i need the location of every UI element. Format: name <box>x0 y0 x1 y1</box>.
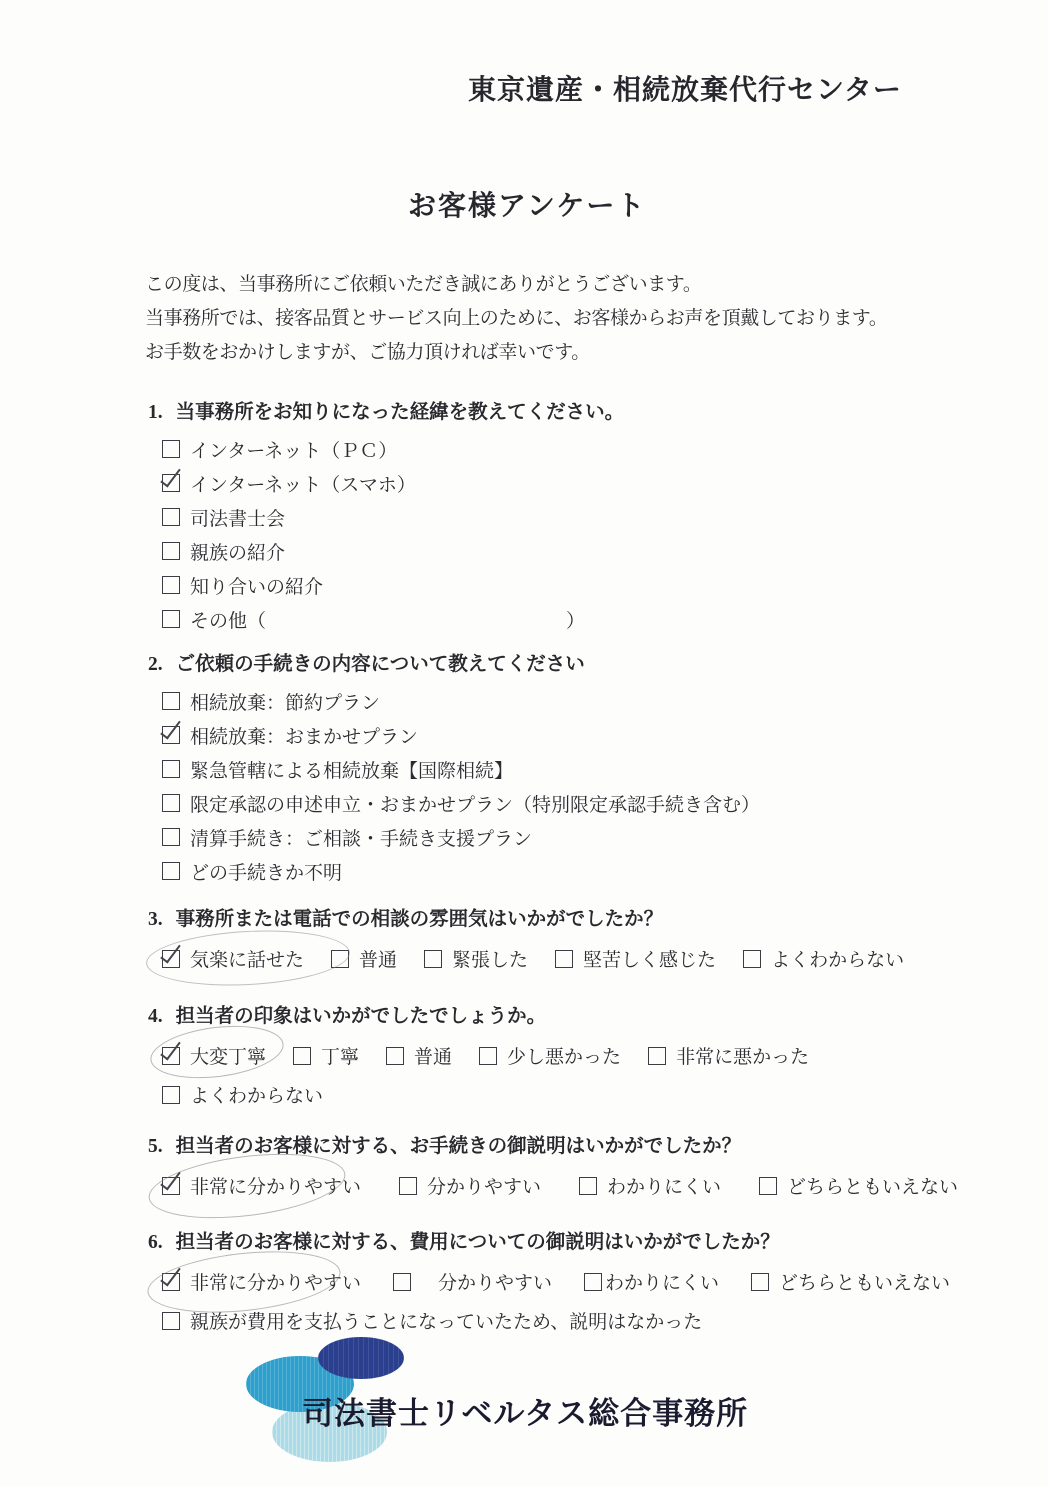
q3-option-1: 気楽に話せた <box>162 945 304 972</box>
q2-option-4: 限定承認の申述申立・おまかせプラン（特別限定承認手続き含む） <box>162 792 760 814</box>
intro-paragraph: この度は、当事務所にご依頼いただき誠にありがとうございます。 当事務所では、接客… <box>145 268 887 370</box>
option-label: その他（ <box>190 606 266 633</box>
option-label: 非常に分かりやすい <box>190 1172 361 1199</box>
checkmark-icon <box>160 1037 180 1060</box>
checkbox-icon <box>162 760 180 778</box>
logo-ellipse-navy <box>318 1337 404 1379</box>
q1-option-5: 知り合いの紹介 <box>162 574 624 596</box>
checkbox-icon <box>584 1273 602 1291</box>
question-2: 2.ご依頼の手続きの内容について教えてください 相続放棄：節約プラン 相続放棄：… <box>148 648 760 894</box>
q4-option-2: 丁寧 <box>293 1042 359 1069</box>
question-6-options-row1: 非常に分かりやすい 分かりやすい わかりにくい どちらともいえない <box>162 1268 950 1295</box>
question-6: 6.担当者のお客様に対する、費用についての御説明はいかがでしたか？ 非常に分かり… <box>148 1226 950 1334</box>
option-label: 分かりやすい <box>427 1172 541 1199</box>
q3-option-5: よくわからない <box>743 945 904 972</box>
option-label: 少し悪かった <box>507 1042 621 1069</box>
q3-option-3: 緊張した <box>424 945 528 972</box>
question-number: 2. <box>148 654 163 675</box>
option-label: 分かりやすい <box>438 1268 552 1295</box>
question-1: 1.当事務所をお知りになった経緯を教えてください。 インターネット（ＰＣ） イン… <box>148 396 624 642</box>
question-number: 5. <box>148 1136 163 1157</box>
checkbox-icon <box>162 610 180 628</box>
q3-option-4: 堅苦しく感じた <box>555 945 716 972</box>
option-label: 親族が費用を支払うことになっていたため、説明はなかった <box>190 1307 702 1334</box>
checkbox-icon <box>162 1312 180 1330</box>
q2-option-3: 緊急管轄による相続放棄【国際相続】 <box>162 758 760 780</box>
checkbox-icon <box>331 950 349 968</box>
question-number: 1. <box>148 402 163 423</box>
question-6-options-row2: 親族が費用を支払うことになっていたため、説明はなかった <box>162 1307 950 1334</box>
checkbox-icon <box>648 1047 666 1065</box>
firm-name: 司法書士リベルタス総合事務所 <box>302 1388 748 1433</box>
question-text: 担当者のお客様に対する、お手続きの御説明はいかがでしたか？ <box>176 1136 742 1157</box>
checkmark-icon <box>160 465 180 488</box>
question-6-heading: 6.担当者のお客様に対する、費用についての御説明はいかがでしたか？ <box>148 1226 950 1254</box>
option-label: 相続放棄：節約プラン <box>190 688 380 715</box>
question-3-options: 気楽に話せた 普通 緊張した 堅苦しく感じた よくわからない <box>162 945 904 972</box>
q6-option-4: どちらともいえない <box>751 1268 950 1295</box>
checkbox-icon <box>162 950 180 968</box>
q1-option-3: 司法書士会 <box>162 506 624 528</box>
question-4-options-row2: よくわからない <box>162 1081 809 1108</box>
q6-option-1: 非常に分かりやすい <box>162 1268 361 1295</box>
option-label: どちらともいえない <box>779 1268 950 1295</box>
question-number: 6. <box>148 1232 163 1253</box>
option-label: 緊急管轄による相続放棄【国際相続】 <box>190 756 513 783</box>
checkbox-icon <box>759 1177 777 1195</box>
question-4: 4.担当者の印象はいかがでしたでしょうか。 大変丁寧 丁寧 普通 少し悪かった <box>148 1000 809 1108</box>
q2-option-5: 清算手続き：ご相談・手続き支援プラン <box>162 826 760 848</box>
q5-option-1: 非常に分かりやすい <box>162 1172 361 1199</box>
q4-option-1: 大変丁寧 <box>162 1042 266 1069</box>
question-4-options-row1: 大変丁寧 丁寧 普通 少し悪かった 非常に悪かった <box>162 1042 809 1069</box>
checkbox-icon <box>162 692 180 710</box>
question-text: 当事務所をお知りになった経緯を教えてください。 <box>176 402 625 423</box>
q2-option-6: どの手続きか不明 <box>162 860 760 882</box>
q4-option-3: 普通 <box>386 1042 452 1069</box>
option-label-suffix: ） <box>566 606 585 633</box>
checkbox-icon <box>386 1047 404 1065</box>
q2-option-2: 相続放棄：おまかせプラン <box>162 724 760 746</box>
option-label: 気楽に話せた <box>190 945 304 972</box>
question-text: 事務所または電話での相談の雰囲気はいかがでしたか？ <box>176 909 664 930</box>
option-label: インターネット（スマホ） <box>190 470 416 497</box>
checkbox-icon <box>162 828 180 846</box>
checkbox-icon <box>162 862 180 880</box>
checkbox-icon <box>162 1177 180 1195</box>
option-label: 普通 <box>359 945 397 972</box>
intro-line: お手数をおかけしますが、ご協力頂ければ幸いです。 <box>145 336 887 370</box>
checkbox-icon <box>479 1047 497 1065</box>
survey-document: 東京遺産・相続放棄代行センター お客様アンケート この度は、当事務所にご依頼いた… <box>0 0 1048 1486</box>
question-4-heading: 4.担当者の印象はいかがでしたでしょうか。 <box>148 1000 809 1028</box>
option-label: 非常に分かりやすい <box>190 1268 361 1295</box>
checkbox-icon <box>162 1047 180 1065</box>
question-2-options: 相続放棄：節約プラン 相続放棄：おまかせプラン 緊急管轄による相続放棄【国際相続… <box>148 690 760 882</box>
checkbox-icon <box>162 794 180 812</box>
checkbox-icon <box>293 1047 311 1065</box>
q6-option-3: わかりにくい <box>584 1268 719 1295</box>
option-label: 相続放棄：おまかせプラン <box>190 722 418 749</box>
question-3: 3.事務所または電話での相談の雰囲気はいかがでしたか？ 気楽に話せた 普通 緊張… <box>148 903 904 972</box>
intro-line: 当事務所では、接客品質とサービス向上のために、お客様からお声を頂戴しております。 <box>145 302 887 336</box>
checkmark-icon <box>160 1263 180 1286</box>
question-5: 5.担当者のお客様に対する、お手続きの御説明はいかがでしたか？ 非常に分かりやす… <box>148 1130 958 1199</box>
option-label: どの手続きか不明 <box>190 858 342 885</box>
checkbox-icon <box>162 576 180 594</box>
question-number: 3. <box>148 909 163 930</box>
checkbox-icon <box>399 1177 417 1195</box>
question-text: ご依頼の手続きの内容について教えてください <box>176 654 585 675</box>
question-2-heading: 2.ご依頼の手続きの内容について教えてください <box>148 648 760 676</box>
q3-option-2: 普通 <box>331 945 397 972</box>
question-1-heading: 1.当事務所をお知りになった経緯を教えてください。 <box>148 396 624 424</box>
checkbox-icon <box>393 1273 411 1291</box>
checkmark-icon <box>160 1167 180 1190</box>
checkbox-icon <box>162 440 180 458</box>
intro-line: この度は、当事務所にご依頼いただき誠にありがとうございます。 <box>145 268 887 302</box>
checkbox-icon <box>743 950 761 968</box>
checkbox-icon <box>424 950 442 968</box>
option-label: わかりにくい <box>607 1172 721 1199</box>
q4-option-6: よくわからない <box>162 1081 809 1108</box>
q1-option-2: インターネット（スマホ） <box>162 472 624 494</box>
question-number: 4. <box>148 1006 163 1027</box>
question-5-heading: 5.担当者のお客様に対する、お手続きの御説明はいかがでしたか？ <box>148 1130 958 1158</box>
question-1-options: インターネット（ＰＣ） インターネット（スマホ） 司法書士会 親族の紹介 知り合… <box>148 438 624 630</box>
option-label: インターネット（ＰＣ） <box>190 436 397 463</box>
survey-title: お客様アンケート <box>408 184 646 224</box>
option-label: 緊張した <box>452 945 528 972</box>
option-label: よくわからない <box>771 945 904 972</box>
q1-option-6-other: その他（） <box>162 608 624 630</box>
q6-option-5: 親族が費用を支払うことになっていたため、説明はなかった <box>162 1307 950 1334</box>
checkmark-icon <box>160 940 180 963</box>
option-label: 堅苦しく感じた <box>583 945 716 972</box>
q5-option-3: わかりにくい <box>579 1172 721 1199</box>
option-label: 丁寧 <box>321 1042 359 1069</box>
option-label: 清算手続き：ご相談・手続き支援プラン <box>190 824 532 851</box>
checkbox-icon <box>162 474 180 492</box>
checkbox-icon <box>579 1177 597 1195</box>
option-label: 司法書士会 <box>190 504 285 531</box>
question-text: 担当者の印象はいかがでしたでしょうか。 <box>176 1006 547 1027</box>
q4-option-5: 非常に悪かった <box>648 1042 809 1069</box>
q5-option-2: 分かりやすい <box>399 1172 541 1199</box>
q1-option-4: 親族の紹介 <box>162 540 624 562</box>
checkbox-icon <box>162 1086 180 1104</box>
checkbox-icon <box>162 542 180 560</box>
question-3-heading: 3.事務所または電話での相談の雰囲気はいかがでしたか？ <box>148 903 904 931</box>
q5-option-4: どちらともいえない <box>759 1172 958 1199</box>
q4-option-4: 少し悪かった <box>479 1042 621 1069</box>
question-5-options: 非常に分かりやすい 分かりやすい わかりにくい どちらともいえない <box>162 1172 958 1199</box>
firm-logo: 司法書士リベルタス総合事務所 <box>232 1332 852 1482</box>
option-label: よくわからない <box>190 1081 323 1108</box>
option-label: 普通 <box>414 1042 452 1069</box>
org-title: 東京遺産・相続放棄代行センター <box>468 68 902 108</box>
q1-option-1: インターネット（ＰＣ） <box>162 438 624 460</box>
checkbox-icon <box>555 950 573 968</box>
option-label: どちらともいえない <box>787 1172 958 1199</box>
question-text: 担当者のお客様に対する、費用についての御説明はいかがでしたか？ <box>176 1232 780 1253</box>
option-label: 知り合いの紹介 <box>190 572 323 599</box>
option-label: 大変丁寧 <box>190 1042 266 1069</box>
option-label: わかりにくい <box>605 1268 719 1295</box>
option-label: 親族の紹介 <box>190 538 285 565</box>
checkbox-icon <box>751 1273 769 1291</box>
option-label: 限定承認の申述申立・おまかせプラン（特別限定承認手続き含む） <box>190 790 760 817</box>
checkbox-icon <box>162 1273 180 1291</box>
q2-option-1: 相続放棄：節約プラン <box>162 690 760 712</box>
q6-option-2: 分かりやすい <box>393 1268 552 1295</box>
checkbox-icon <box>162 508 180 526</box>
checkbox-icon <box>162 726 180 744</box>
option-label: 非常に悪かった <box>676 1042 809 1069</box>
checkmark-icon <box>160 717 180 740</box>
